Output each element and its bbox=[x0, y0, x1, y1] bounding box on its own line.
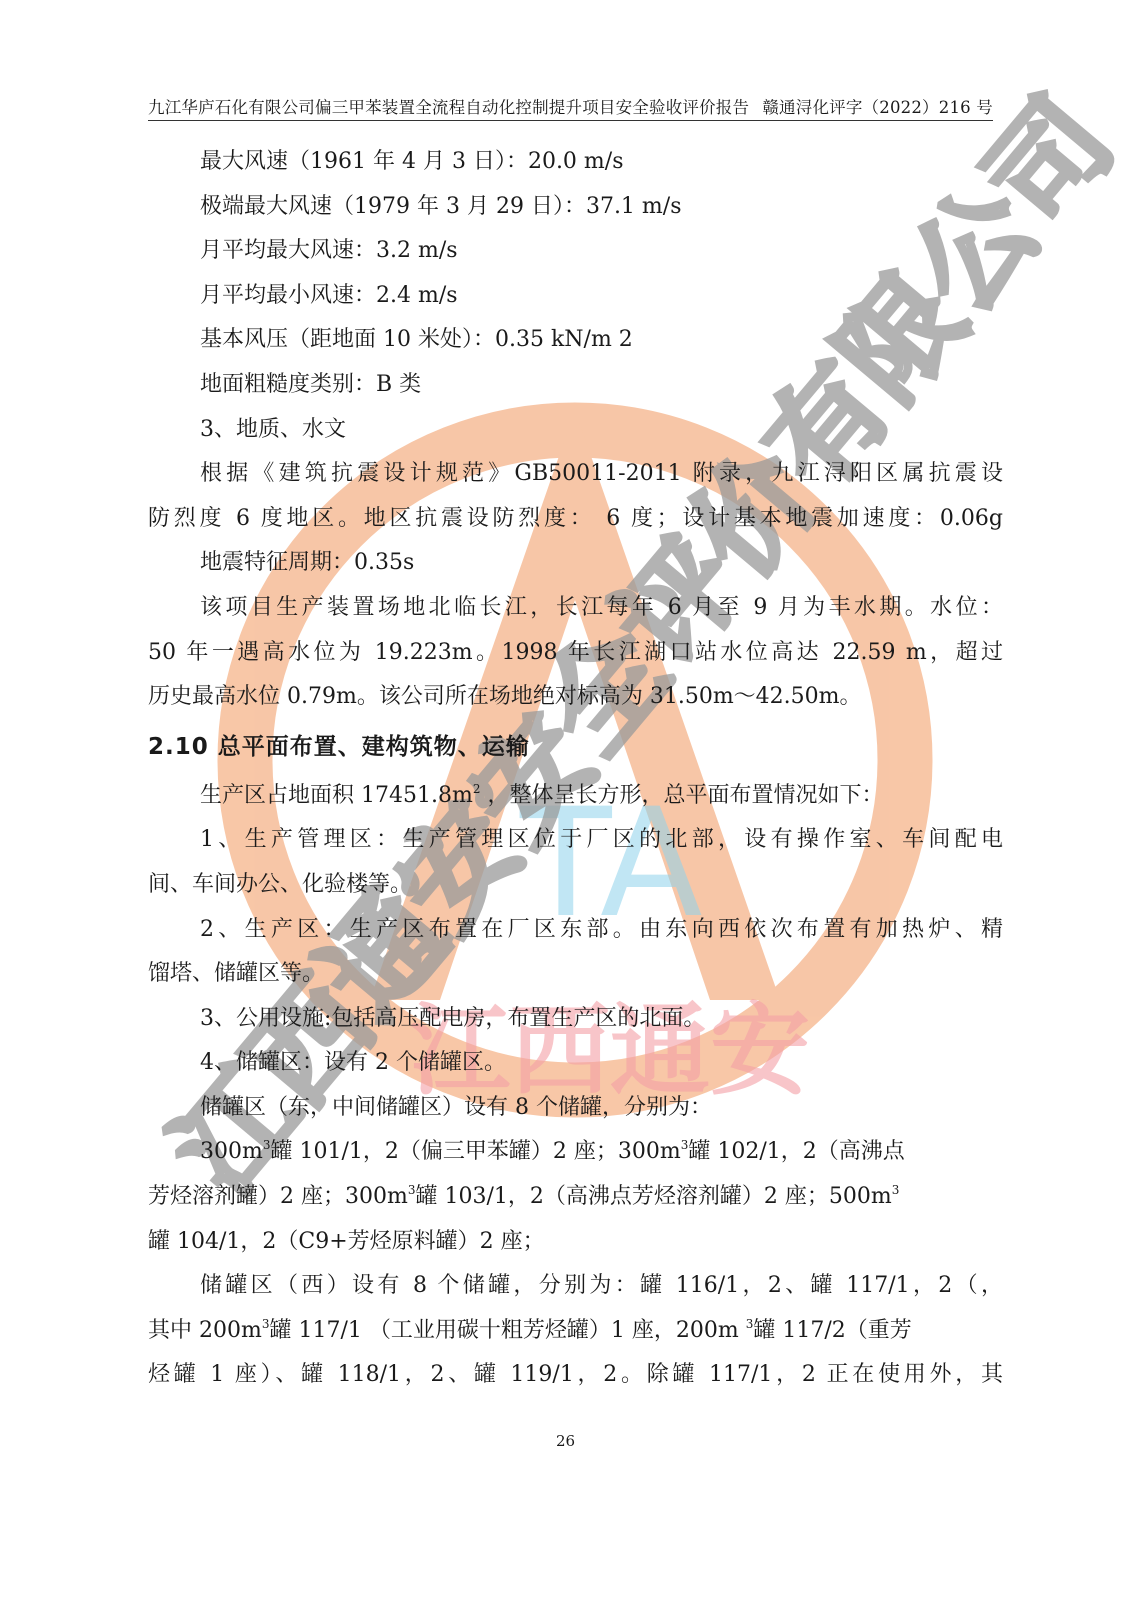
text-line: 地面粗糙度类别：B 类 bbox=[148, 363, 1003, 408]
text-line: 月平均最小风速：2.4 m/s bbox=[148, 274, 1003, 319]
section-heading: 2.10 总平面布置、建构筑物、运输 bbox=[148, 720, 1003, 774]
report-title: 九江华庐石化有限公司偏三甲苯装置全流程自动化控制提升项目安全验收评价报告 bbox=[148, 98, 749, 117]
text-line: 300m3罐 101/1，2（偏三甲苯罐）2 座；300m3罐 102/1，2（… bbox=[148, 1130, 1003, 1175]
text-line: 间、车间办公、化验楼等。 bbox=[148, 863, 1003, 908]
text-line: 储罐区（西）设有 8 个储罐，分别为：罐 116/1，2、罐 117/1，2（， bbox=[148, 1264, 1003, 1309]
page-number: 26 bbox=[0, 1432, 1131, 1450]
page-header: 九江华庐石化有限公司偏三甲苯装置全流程自动化控制提升项目安全验收评价报告 赣通浔… bbox=[148, 98, 993, 121]
text-line: 根据《建筑抗震设计规范》GB50011-2011 附录，九江浔阳区属抗震设 bbox=[148, 452, 1003, 497]
text-line: 基本风压（距地面 10 米处）：0.35 kN/m 2 bbox=[148, 318, 1003, 363]
text-line: 生产区占地面积 17451.8m2 ，整体呈长方形，总平面布置情况如下： bbox=[148, 774, 1003, 819]
text-line: 馏塔、储罐区等。 bbox=[148, 952, 1003, 997]
text-line: 2、生产区：生产区布置在厂区东部。由东向西依次布置有加热炉、精 bbox=[148, 908, 1003, 953]
text-line: 储罐区（东，中间储罐区）设有 8 个储罐，分别为： bbox=[148, 1086, 1003, 1131]
text-line: 50 年一遇高水位为 19.223m。1998 年长江湖口站水位高达 22.59… bbox=[148, 631, 1003, 676]
text-line: 最大风速（1961 年 4 月 3 日）：20.0 m/s bbox=[148, 140, 1003, 185]
text-line: 极端最大风速（1979 年 3 月 29 日）：37.1 m/s bbox=[148, 185, 1003, 230]
text-line: 芳烃溶剂罐）2 座；300m3罐 103/1，2（高沸点芳烃溶剂罐）2 座；50… bbox=[148, 1175, 1003, 1220]
subsection-title: 3、地质、水文 bbox=[148, 408, 1003, 453]
text-line: 防烈度 6 度地区。地区抗震设防烈度： 6 度；设计基本地震加速度：0.06g bbox=[148, 497, 1003, 542]
text-line: 该项目生产装置场地北临长江，长江每年 6 月至 9 月为丰水期。水位： bbox=[148, 586, 1003, 631]
text-line: 1、生产管理区：生产管理区位于厂区的北部，设有操作室、车间配电 bbox=[148, 818, 1003, 863]
text-line: 月平均最大风速：3.2 m/s bbox=[148, 229, 1003, 274]
text-line: 4、储罐区：设有 2 个储罐区。 bbox=[148, 1041, 1003, 1086]
text-line: 其中 200m3罐 117/1 （工业用碳十粗芳烃罐）1 座，200m 3罐 1… bbox=[148, 1309, 1003, 1354]
text-line: 地震特征周期：0.35s bbox=[148, 541, 1003, 586]
document-body: 最大风速（1961 年 4 月 3 日）：20.0 m/s 极端最大风速（197… bbox=[148, 140, 1003, 1398]
text-line: 3、公用设施:包括高压配电房，布置生产区的北面。 bbox=[148, 997, 1003, 1042]
report-code: 赣通浔化评字（2022）216 号 bbox=[762, 98, 993, 118]
text-line: 烃罐 1 座）、罐 118/1，2、罐 119/1，2。除罐 117/1，2 正… bbox=[148, 1353, 1003, 1398]
text-line: 历史最高水位 0.79m。该公司所在场地绝对标高为 31.50m～42.50m。 bbox=[148, 675, 1003, 720]
text-line: 罐 104/1，2（C9+芳烃原料罐）2 座； bbox=[148, 1220, 1003, 1265]
